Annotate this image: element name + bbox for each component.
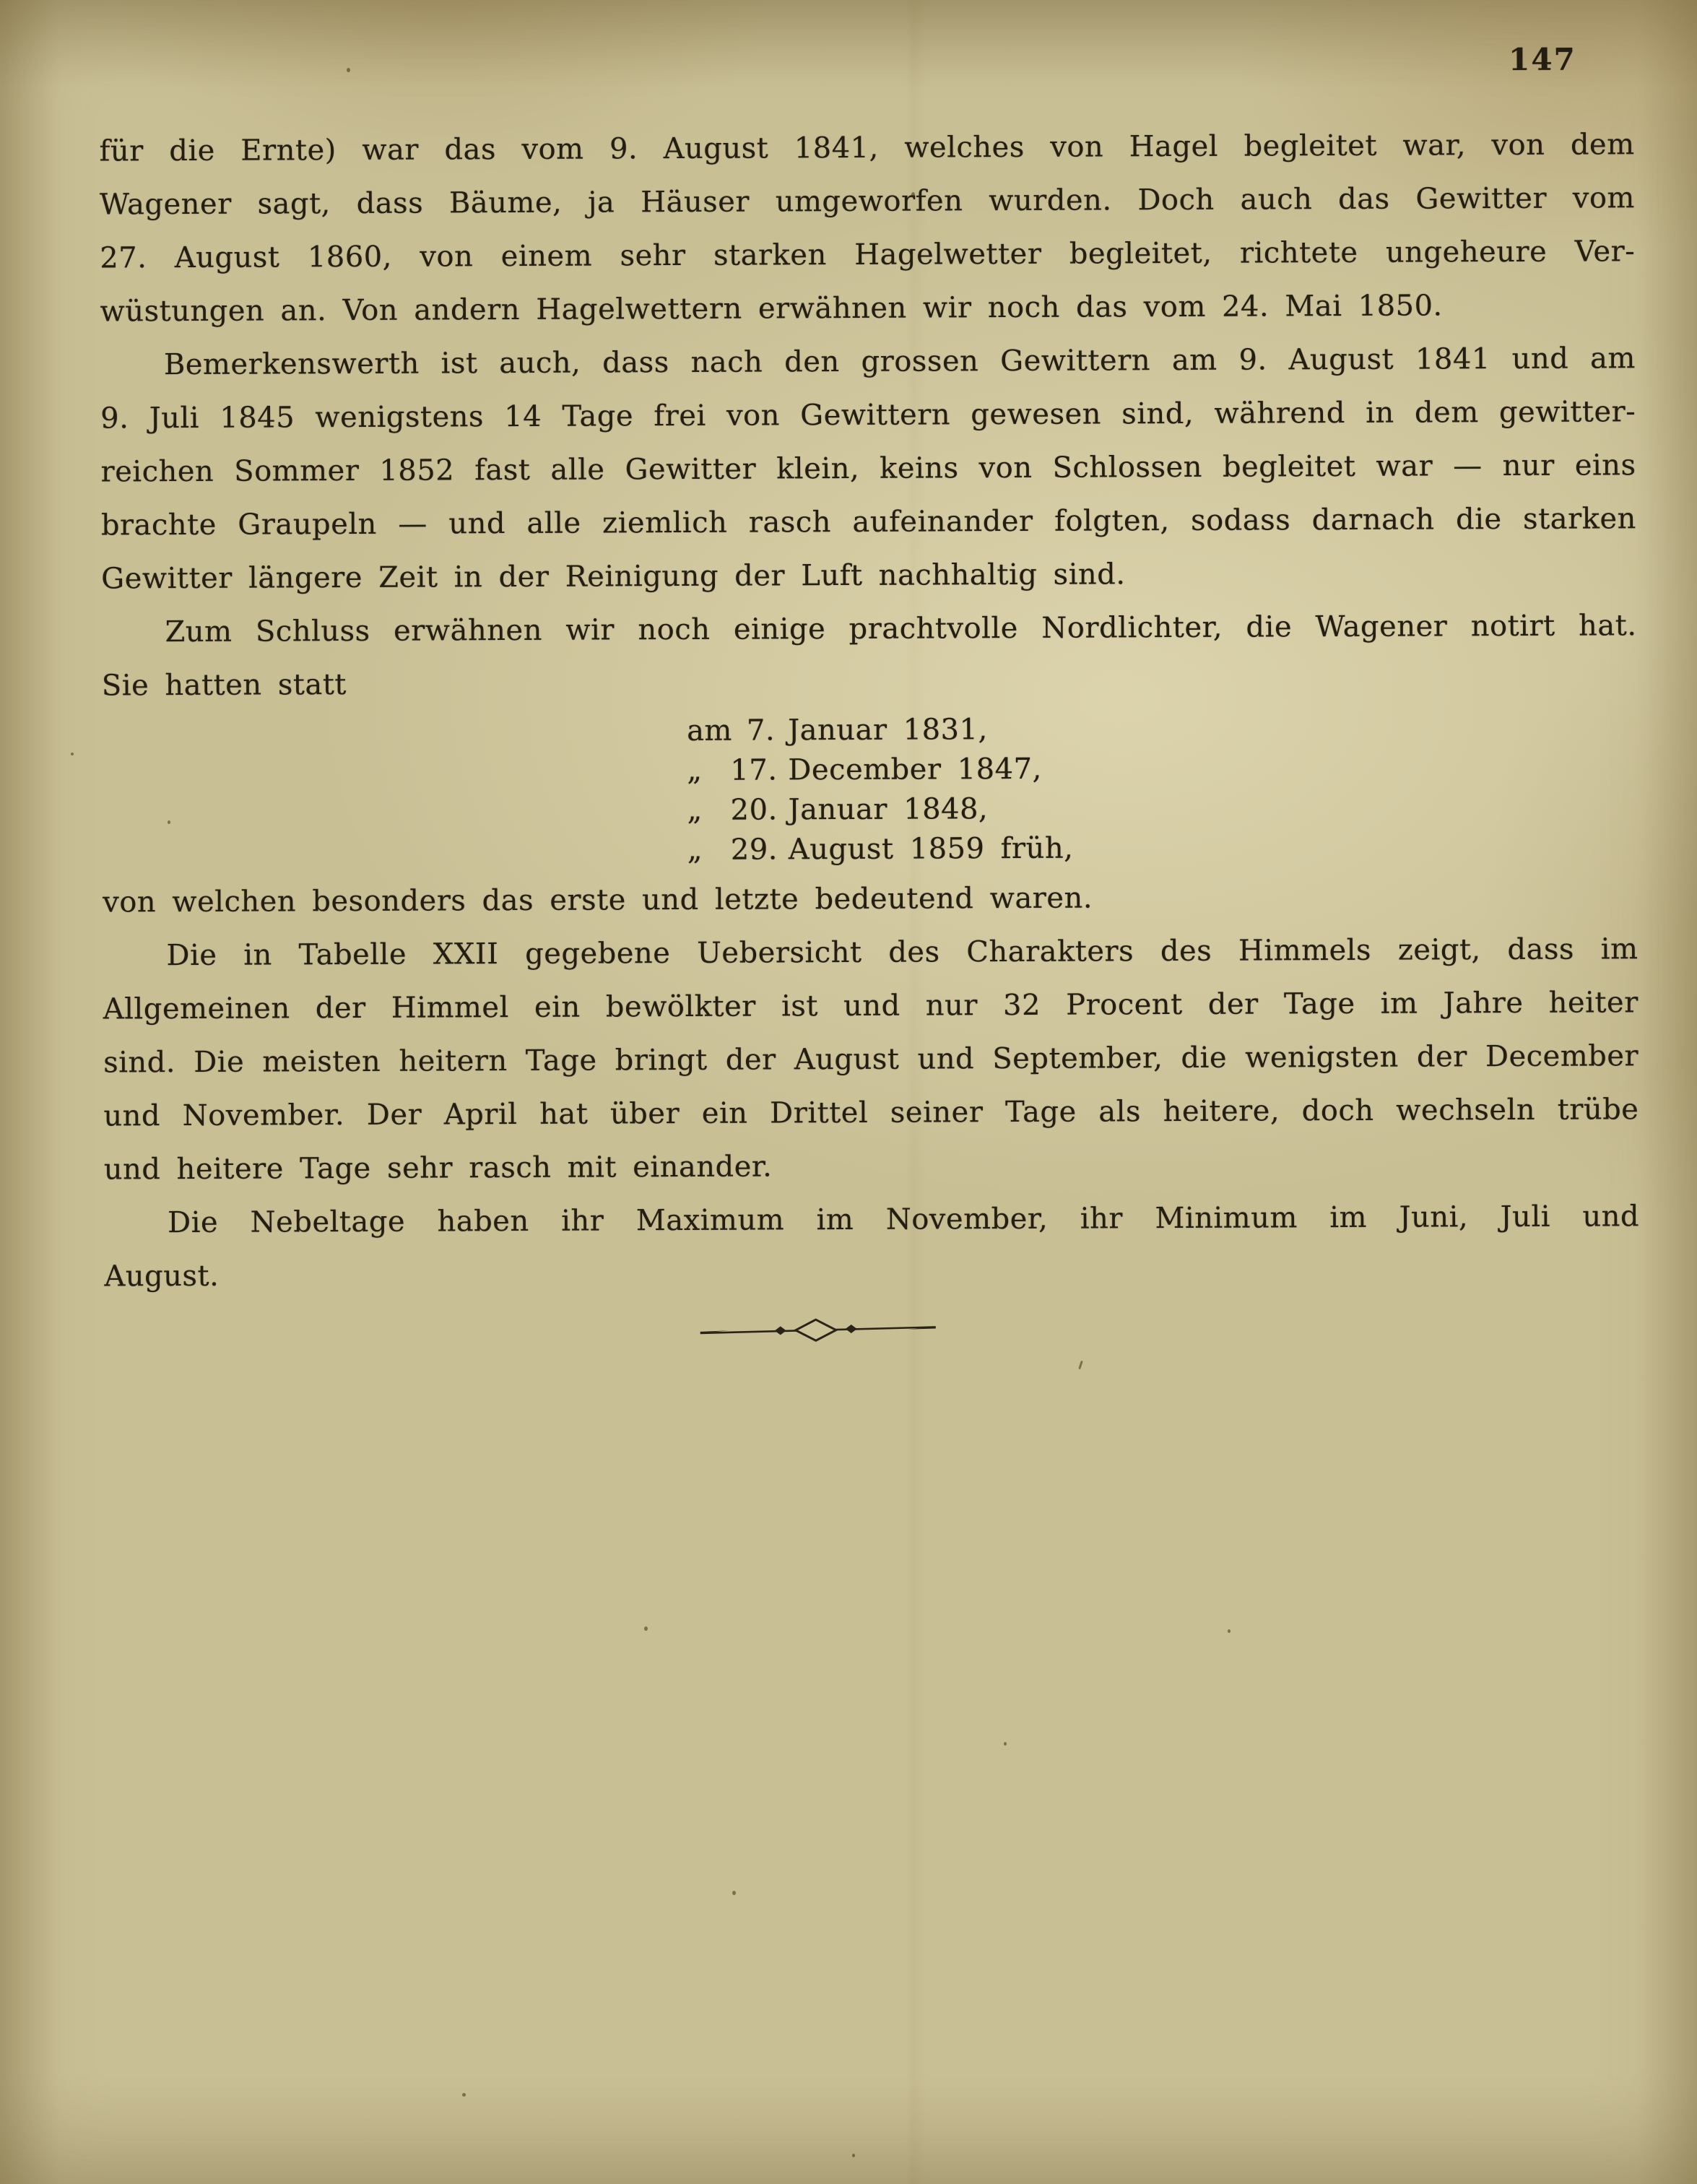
text-block: für die Ernte) war das vom 9. August 184… <box>99 118 1639 1303</box>
text-line: 9. Juli 1845 wenigstens 14 Tage frei von… <box>100 385 1636 445</box>
date-prefix: „ <box>687 751 730 791</box>
date-list: am7.Januar 1831, „17.December 1847, „20.… <box>102 707 1638 872</box>
paper-speck <box>168 820 170 824</box>
paper-speck <box>462 2093 466 2097</box>
date-item: „29.August 1859 früh, <box>687 826 1638 870</box>
paragraph: für die Ernte) war das vom 9. August 184… <box>99 118 1635 338</box>
text-line: von welchen besonders das erste und letz… <box>103 869 1638 929</box>
date-item: am7.Januar 1831, <box>687 707 1637 751</box>
text-line: Zum Schluss erwähnen wir noch einige pra… <box>101 599 1636 659</box>
text-line: Die Nebeltage haben ihr Maximum im Novem… <box>104 1189 1639 1249</box>
paper-speck <box>347 68 350 72</box>
paper-speck <box>1228 1629 1231 1633</box>
text-line: Wagener sagt, dass Bäume, ja Häuser umge… <box>100 171 1635 231</box>
date-item: „20.Januar 1848, <box>687 786 1637 831</box>
text-line: wüstungen an. Von andern Hagelwettern er… <box>100 278 1635 338</box>
text-line: Allgemeinen der Himmel ein bewölkter ist… <box>103 976 1639 1036</box>
date-text: August 1859 früh, <box>789 829 1074 870</box>
paper-speck <box>852 2154 855 2157</box>
date-day: 17. <box>730 750 775 790</box>
paper-speck <box>1004 1742 1007 1746</box>
text-line: Bemerkenswerth ist auch, dass nach den g… <box>100 331 1636 391</box>
book-page: 147 für die Ernte) war das vom 9. August… <box>0 0 1697 2184</box>
scanned-content: 147 für die Ernte) war das vom 9. August… <box>0 0 1697 2184</box>
text-line: Sie hatten statt <box>102 652 1637 712</box>
date-day: 29. <box>731 830 776 870</box>
paragraph: Die Nebeltage haben ihr Maximum im Novem… <box>104 1189 1640 1303</box>
paragraph: Bemerkenswerth ist auch, dass nach den g… <box>100 331 1637 605</box>
text-line: und heitere Tage sehr rasch mit einander… <box>104 1136 1639 1196</box>
date-text: Januar 1848, <box>788 789 988 830</box>
paper-speck <box>644 1626 648 1631</box>
date-prefix: „ <box>687 791 730 831</box>
paragraph: von welchen besonders das erste und letz… <box>103 869 1638 929</box>
paragraph: Zum Schluss erwähnen wir noch einige pra… <box>101 599 1637 712</box>
date-item: „17.December 1847, <box>687 747 1637 791</box>
paper-speck <box>71 753 74 755</box>
text-line: sind. Die meisten heitern Tage bringt de… <box>103 1029 1639 1089</box>
text-line: für die Ernte) war das vom 9. August 184… <box>99 118 1634 178</box>
text-line: Die in Tabelle XXII gegebene Uebersicht … <box>103 922 1638 982</box>
date-day: 20. <box>730 790 775 830</box>
date-text: December 1847, <box>788 750 1042 791</box>
page-number: 147 <box>1509 42 1576 77</box>
text-line: und November. Der April hat über ein Dri… <box>103 1083 1639 1143</box>
text-line: Gewitter längere Zeit in der Reinigung d… <box>101 545 1636 605</box>
paper-speck <box>732 1891 736 1895</box>
date-day: 7. <box>730 711 775 750</box>
text-line: August. <box>104 1243 1639 1303</box>
text-line: brachte Graupeln — und alle ziemlich ras… <box>101 492 1636 552</box>
date-prefix: am <box>687 711 730 751</box>
text-line: reichen Sommer 1852 fast alle Gewitter k… <box>100 438 1636 498</box>
date-prefix: „ <box>687 831 731 870</box>
date-text: Januar 1831, <box>788 710 988 750</box>
diamond-rule-divider-icon <box>698 1317 939 1343</box>
paper-speck <box>911 192 915 197</box>
paragraph: Die in Tabelle XXII gegebene Uebersicht … <box>103 922 1639 1196</box>
text-line: 27. August 1860, von einem sehr starken … <box>100 225 1635 285</box>
